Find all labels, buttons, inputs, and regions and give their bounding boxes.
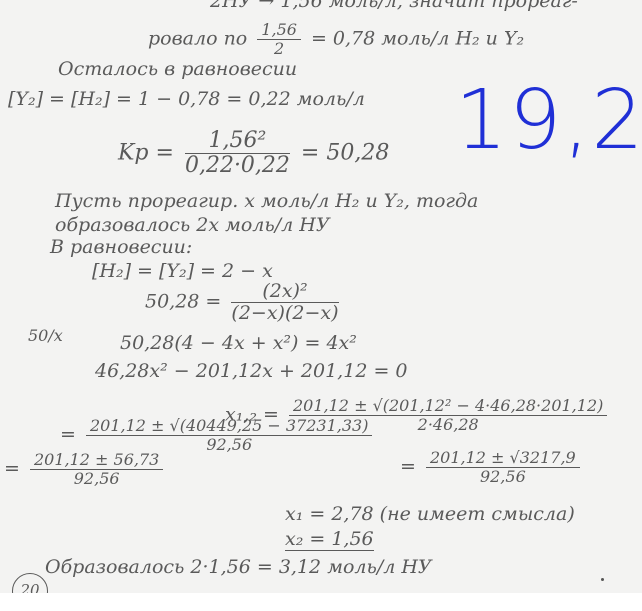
fraction-denominator: 92,56 bbox=[30, 470, 163, 487]
text-line: = 201,12 ± 56,73 92,56 bbox=[4, 452, 167, 487]
text-line: [H₂] = [Y₂] = 2 − x bbox=[92, 262, 273, 281]
text: 50,28 = bbox=[145, 291, 221, 313]
fraction: (2x)² (2−x)(2−x) bbox=[231, 282, 338, 323]
text-line: x₂ = 1,56 bbox=[285, 530, 374, 549]
fraction-denominator: (2−x)(2−x) bbox=[231, 303, 338, 323]
fraction-numerator: 201,12 ± √(201,12² − 4·46,28·201,12) bbox=[289, 398, 607, 416]
fraction: 201,12 ± √3217,9 92,56 bbox=[426, 450, 580, 485]
fraction: 1,56² 0,22·0,22 bbox=[185, 130, 290, 177]
fraction-numerator: 1,56² bbox=[185, 130, 290, 154]
text: = 0,78 моль/л H₂ и Y₂ bbox=[311, 28, 524, 50]
text-line: Образовалось 2·1,56 = 3,12 моль/л НУ bbox=[45, 558, 432, 577]
fraction-numerator: 1,56 bbox=[257, 22, 301, 40]
text-line: Kp = 1,56² 0,22·0,22 = 50,28 bbox=[118, 130, 389, 177]
text-line: = 201,12 ± √(40449,25 − 37231,33) 92,56 bbox=[60, 418, 376, 453]
fraction-numerator: 201,12 ± √(40449,25 − 37231,33) bbox=[86, 418, 373, 436]
fraction-numerator: 201,12 ± √3217,9 bbox=[426, 450, 580, 468]
text-line: 46,28x² − 201,12x + 201,12 = 0 bbox=[95, 362, 408, 381]
text-line: Осталось в равновесии bbox=[58, 60, 297, 79]
answer-underlined: x₂ = 1,56 bbox=[285, 528, 374, 551]
grade-mark: 19,2 bbox=[455, 80, 642, 162]
text-line: Пусть прореагир. x моль/л H₂ и Y₂, тогда bbox=[55, 192, 478, 211]
margin-note: 50/x bbox=[28, 328, 63, 344]
text-line: [Y₂] = [H₂] = 1 − 0,78 = 0,22 моль/л bbox=[8, 90, 365, 109]
fraction: 1,56 2 bbox=[257, 22, 301, 57]
text: = bbox=[400, 456, 416, 478]
pencil-dot bbox=[601, 578, 604, 581]
problem-number-circle: 20 bbox=[12, 573, 48, 593]
text: = 50,28 bbox=[301, 141, 389, 166]
fraction: 201,12 ± √(40449,25 − 37231,33) 92,56 bbox=[86, 418, 373, 453]
handwritten-page: 2НУ → 1,56 моль/л, значит прореаг- ровал… bbox=[0, 0, 642, 593]
fraction: 201,12 ± 56,73 92,56 bbox=[30, 452, 163, 487]
text-line: = 201,12 ± √3217,9 92,56 bbox=[400, 450, 584, 485]
text-line: образовалось 2x моль/л НУ bbox=[55, 216, 330, 235]
text-line: 2НУ → 1,56 моль/л, значит прореаг- bbox=[210, 0, 578, 11]
text-line: 50,28 = (2x)² (2−x)(2−x) bbox=[145, 282, 343, 323]
text: = bbox=[4, 458, 20, 480]
text: = bbox=[60, 424, 76, 446]
text-line: В равновесии: bbox=[50, 238, 192, 257]
text-line: ровало по 1,56 2 = 0,78 моль/л H₂ и Y₂ bbox=[148, 22, 524, 57]
text: Kp = bbox=[118, 141, 174, 166]
fraction-numerator: (2x)² bbox=[231, 282, 338, 303]
fraction-numerator: 201,12 ± 56,73 bbox=[30, 452, 163, 470]
fraction-denominator: 0,22·0,22 bbox=[185, 154, 290, 177]
text-line: 50,28(4 − 4x + x²) = 4x² bbox=[120, 334, 357, 353]
text: ровало по bbox=[148, 28, 247, 50]
fraction-denominator: 92,56 bbox=[426, 468, 580, 485]
fraction-denominator: 2 bbox=[257, 40, 301, 57]
text-line: x₁ = 2,78 (не имеет смысла) bbox=[285, 505, 575, 524]
